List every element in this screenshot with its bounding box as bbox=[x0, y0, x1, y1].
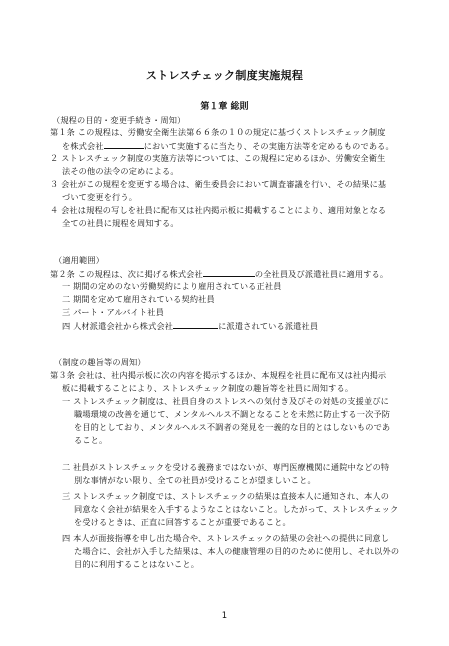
company-name-blank[interactable] bbox=[173, 320, 218, 329]
list-item: た場合に、会社が入手した結果は、本人の健康管理の目的のために使用し、それ以外の bbox=[74, 546, 399, 557]
list-item: 四 人材派遣会社から株式会社に派遣されている派遣社員 bbox=[62, 320, 318, 332]
company-name-blank[interactable] bbox=[104, 140, 144, 149]
list-item: 同意なく会社が結果を入手するようなことはないこと。したがって、ストレスチェック bbox=[74, 504, 398, 515]
document-title: ストレスチェック制度実施規程 bbox=[0, 67, 449, 83]
section-heading: （規程の目的・変更手続き・周知） bbox=[52, 115, 185, 126]
list-item: 目的に利用することはないこと。 bbox=[74, 559, 199, 570]
section-heading: （制度の趣旨等の周知） bbox=[54, 357, 146, 368]
list-item: 別な事情がない限り、全ての社員が受けることが望ましいこと。 bbox=[74, 475, 316, 486]
article-line: 法その他の法令の定めによる。 bbox=[62, 166, 179, 177]
list-item: 三 ストレスチェック制度では、ストレスチェックの結果は直接本人に通知され、本人の bbox=[62, 491, 389, 502]
list-item: 二 社員がストレスチェックを受ける義務まではないが、専門医療機関に通院中などの特 bbox=[62, 462, 389, 473]
article-line: ４ 会社は規程の写しを社員に配布又は社内掲示板に掲載することにより、適用対象とな… bbox=[50, 205, 386, 216]
article-line: 第１条 この規程は、労働安全衛生法第６６条の１０の規定に基づくストレスチェック制… bbox=[50, 127, 386, 138]
list-item: 二 期間を定めて雇用されている契約社員 bbox=[62, 294, 215, 305]
list-item: 職場環境の改善を通じて、メンタルヘルス不調となることを未然に防止する一次予防 bbox=[74, 409, 390, 420]
article-line: を株式会社において実施するに当たり、その実施方法等を定めるものである。 bbox=[62, 140, 394, 152]
list-item: を受けるときは、正直に回答することが重要であること。 bbox=[74, 517, 291, 528]
list-item: 四 本人が面接指導を申し出た場合や、ストレスチェックの結果の会社への提供に同意し bbox=[62, 533, 389, 544]
list-item: 一 ストレスチェック制度は、社員自身のストレスへの気付き及びその対処の支援並びに bbox=[62, 396, 389, 407]
chapter-heading: 第１章 総則 bbox=[0, 99, 449, 112]
list-item: を目的としており、メンタルヘルス不調者の発見を一義的な目的とはしないものであ bbox=[74, 422, 390, 433]
list-item: 三 パート・アルバイト社員 bbox=[62, 307, 164, 318]
list-item: ること。 bbox=[74, 435, 107, 446]
article-line: 板に掲載することにより、ストレスチェック制度の趣旨等を社員に周知する。 bbox=[62, 383, 353, 394]
section-heading: （適用範囲） bbox=[54, 255, 104, 266]
article-line: 第３条 会社は、社内掲示板に次の内容を掲示するほか、本規程を社員に配布又は社内掲… bbox=[50, 370, 386, 381]
article-line: 第２条 この規程は、次に掲げる株式会社の全社員及び派遣社員に適用する。 bbox=[50, 268, 388, 280]
article-line: ２ ストレスチェック制度の実施方法等については、この規程に定めるほか、労働安全衛… bbox=[50, 153, 385, 164]
article-line: 全ての社員に規程を周知する。 bbox=[62, 218, 179, 229]
document-page: ストレスチェック制度実施規程 第１章 総則 （規程の目的・変更手続き・周知） 第… bbox=[0, 0, 449, 646]
article-line: づいて変更を行う。 bbox=[62, 192, 137, 203]
company-name-blank[interactable] bbox=[203, 268, 255, 277]
article-line: ３ 会社がこの規程を変更する場合は、衛生委員会において調査審議を行い、その結果に… bbox=[50, 179, 386, 190]
list-item: 一 期間の定めのない労働契約により雇用されている正社員 bbox=[62, 281, 282, 292]
page-number: 1 bbox=[0, 611, 449, 621]
